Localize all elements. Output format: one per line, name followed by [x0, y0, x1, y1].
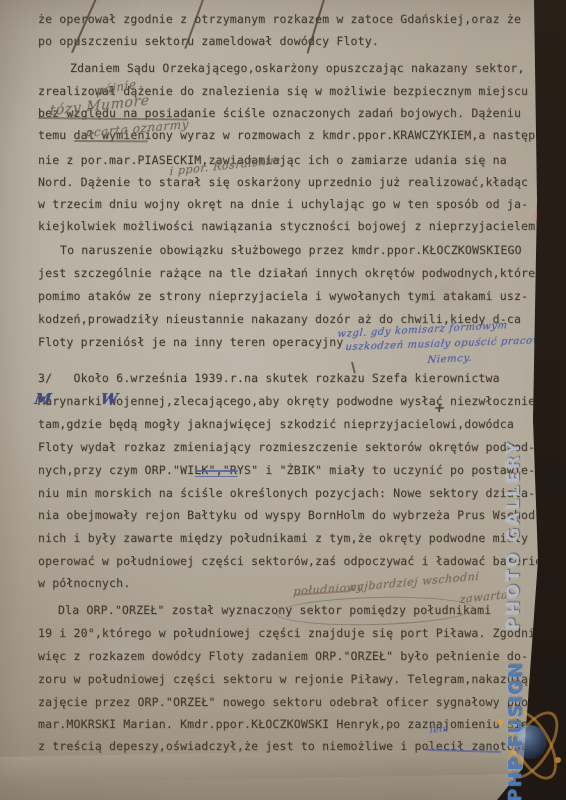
typed-line: Zdaniem Sądu Orzekającego,oskarżony opus… [70, 61, 525, 75]
typed-line: niu min morskich na ściśle określonych p… [38, 486, 535, 500]
typed-line: zajęcie przez ORP."ORZEŁ" nowego sektoru… [38, 695, 542, 709]
watermark-php-fusion: PHP·FUSION [505, 662, 526, 800]
typed-line: To naruszenie obowiązku służbowego przez… [60, 243, 522, 257]
watermark-dot: · [505, 748, 526, 756]
scanned-document-photo: { "document": { "lines": [ {"text": "że … [0, 0, 566, 800]
handwritten-annotation: lein [430, 724, 450, 736]
typed-line: nych,przy czym ORP."WILK","RYS" i "ŻBIK"… [38, 463, 535, 477]
typed-line: kiejkolwiek możliwości nawiązania styczn… [38, 219, 542, 233]
typed-line: nich i były zawarte między południkami z… [38, 531, 528, 545]
typed-line: pomimo ataków ze strony nieprzyjaciela i… [38, 289, 528, 303]
typed-line: operować w południowej części sektorów,z… [38, 554, 542, 568]
document-page: że operował zgodnie z otrzymanym rozkaze… [0, 0, 566, 800]
handwritten-annotation: M [33, 390, 53, 408]
watermark-fusion: FUSION [505, 662, 526, 748]
typed-line: Nord. Dążenie to starał się oskarżony up… [38, 175, 528, 189]
typed-line: Dla ORP."ORZEŁ" został wyznaczony sektor… [58, 603, 491, 617]
typed-line: Floty wydał rozkaz zmieniający rozmieszc… [38, 440, 535, 454]
typed-line: więc z rozkazem dowódcy Floty zadaniem O… [38, 649, 528, 663]
handwritten-annotation: Niemcy. [427, 353, 473, 366]
typed-line: w północnych. [38, 576, 130, 590]
typed-line: nia obejmowały rejon Bałtyku od wyspy Bo… [38, 508, 542, 522]
handwritten-annotation: W [99, 390, 119, 408]
typed-line: po opuszczeniu sektoru zameldował dowódc… [38, 34, 379, 48]
typed-line: mar.MOKRSKI Marian. Kmdr.ppor.KŁOCZKOWSK… [38, 717, 528, 731]
handwritten-annotation: najbardziej wschodni [349, 570, 479, 594]
typed-line: Floty przeniósł je na inny teren operacy… [38, 335, 343, 349]
watermark-photo-gallery: PHOTO GALLERY [504, 440, 524, 630]
typed-line: z treścią depeszy,oświadczył,że jest to … [38, 739, 535, 753]
typed-line: tam,gdzie będą mogły jaknajwięcej szkodz… [38, 417, 514, 431]
typed-line: jest szczególnie rażące na tle działań i… [38, 266, 535, 280]
watermark-php: PHP [505, 756, 526, 800]
typed-line: 3/ Około 6.września 1939.r.na skutek roz… [38, 371, 500, 385]
handwritten-annotation: + [433, 401, 447, 416]
handwritten-annotation: zawarta [460, 588, 509, 606]
typed-line: w trzecim dniu wojny okręt na dnie i uch… [38, 197, 528, 211]
typed-line: 19 i 20°,którego w południowej części zn… [38, 626, 542, 640]
typed-line: zoru w południowej części sektoru w rejo… [38, 672, 542, 686]
typed-line: że operował zgodnie z otrzymanym rozkaze… [38, 12, 521, 26]
